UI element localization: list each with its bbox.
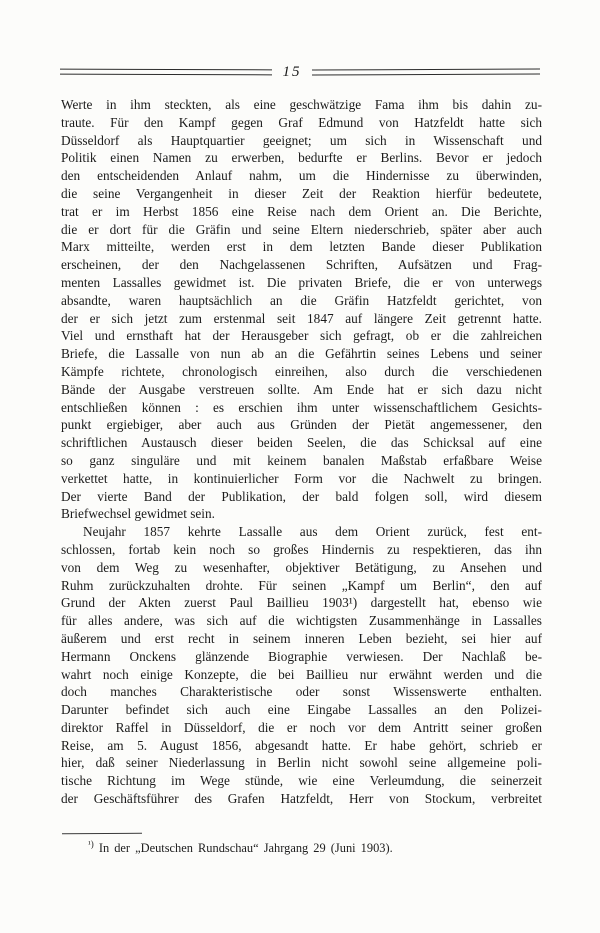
- text-line: die er dort für die Gräfin und seine Elt…: [61, 221, 542, 239]
- text-line: punkt ergiebiger, aber auch aus Gründen …: [61, 416, 542, 434]
- text-line: so ganz singuläre und mit keinem banalen…: [61, 452, 542, 470]
- text-line: Hermann Onckens glänzende Biographie ver…: [61, 648, 542, 666]
- text-line: Ruhm zurückzuhalten drohte. Für seinen „…: [61, 577, 542, 595]
- text-line: die seine Vergangenheit in dieser Zeit d…: [61, 185, 542, 203]
- text-line: hier, daß seiner Niederlassung in Berlin…: [61, 754, 542, 772]
- header-double-rule-left: [60, 69, 272, 76]
- text-line: Neujahr 1857 kehrte Lassalle aus dem Ori…: [61, 523, 542, 541]
- text-line: den entscheidenden Anlauf nahm, um die H…: [61, 167, 542, 185]
- text-line: der er sich jetzt zum erstenmal seit 184…: [61, 310, 542, 328]
- text-line: Reise, am 5. August 1856, abgesandt hatt…: [61, 737, 542, 755]
- text-line: für alles andere, was sich auf die wicht…: [61, 612, 542, 630]
- text-line: von dem Weg zu wesenhafter, objektiver B…: [61, 559, 542, 577]
- page-number: 15: [272, 64, 312, 80]
- text-line: absandte, waren hauptsächlich an die Grä…: [61, 292, 542, 310]
- text-line: Bände der Ausgabe verstreuen sollte. Am …: [61, 381, 542, 399]
- running-header: 15: [60, 64, 540, 80]
- text-line: Der vierte Band der Publikation, der bal…: [61, 488, 542, 506]
- text-line: verkettet hatte, in kontinuierlicher For…: [61, 470, 542, 488]
- text-line: Politik einen Namen zu erwerben, bedurft…: [61, 149, 542, 167]
- text-line: der Geschäftsführer des Grafen Hatzfeldt…: [61, 790, 542, 808]
- text-line: Viel und ernsthaft hat der Herausgeber s…: [61, 327, 542, 345]
- text-line: Darunter befindet sich auch eine Eingabe…: [61, 701, 542, 719]
- text-line: Briefe, die Lassalle von nun ab an die G…: [61, 345, 542, 363]
- header-double-rule-right: [312, 69, 540, 76]
- text-line: Düsseldorf als Hauptquartier geeignet; u…: [61, 132, 542, 150]
- footnote-marker: ¹): [88, 839, 94, 849]
- paragraph: Werte in ihm steckten, als eine geschwät…: [61, 96, 542, 523]
- text-line: Kämpfe richtete, chronologisch einreihen…: [61, 363, 542, 381]
- text-line: menten Lassalles gewidmet ist. Die priva…: [61, 274, 542, 292]
- text-line: doch manches Charakteristische oder sons…: [61, 683, 542, 701]
- footnote-separator-rule: [62, 833, 142, 835]
- text-line: wahrt noch einige Konzepte, die bei Bail…: [61, 666, 542, 684]
- text-line: Briefwechsel gewidmet sein.: [61, 505, 542, 523]
- text-line: traute. Für den Kampf gegen Graf Edmund …: [61, 114, 542, 132]
- text-line: tische Richtung im Wege stünde, wie eine…: [61, 772, 542, 790]
- footnote: ¹) In der „Deutschen Rundschau“ Jahrgang…: [61, 841, 542, 856]
- text-line: direktor Raffel in Düsseldorf, die er no…: [61, 719, 542, 737]
- text-line: Marx mitteilte, werden erst in dem letzt…: [61, 238, 542, 256]
- text-line: Grund der Akten zuerst Paul Baillieu 190…: [61, 594, 542, 612]
- text-block: Werte in ihm steckten, als eine geschwät…: [61, 96, 542, 808]
- text-line: schriftlichen Austausch dieser beiden Se…: [61, 434, 542, 452]
- text-line: schlossen, fortab kein noch so großes Hi…: [61, 541, 542, 559]
- book-page: 15 Werte in ihm steckten, als eine gesch…: [0, 0, 600, 933]
- text-line: Werte in ihm steckten, als eine geschwät…: [61, 96, 542, 114]
- text-line: äußerem und erst recht in seinem inneren…: [61, 630, 542, 648]
- text-line: trat er im Herbst 1856 eine Reise nach d…: [61, 203, 542, 221]
- footnote-text: In der „Deutschen Rundschau“ Jahrgang 29…: [99, 841, 393, 855]
- text-line: erscheinen, der den Nachgelassenen Schri…: [61, 256, 542, 274]
- paragraph: Neujahr 1857 kehrte Lassalle aus dem Ori…: [61, 523, 542, 808]
- text-line: entschließen können : es erschien ihm un…: [61, 399, 542, 417]
